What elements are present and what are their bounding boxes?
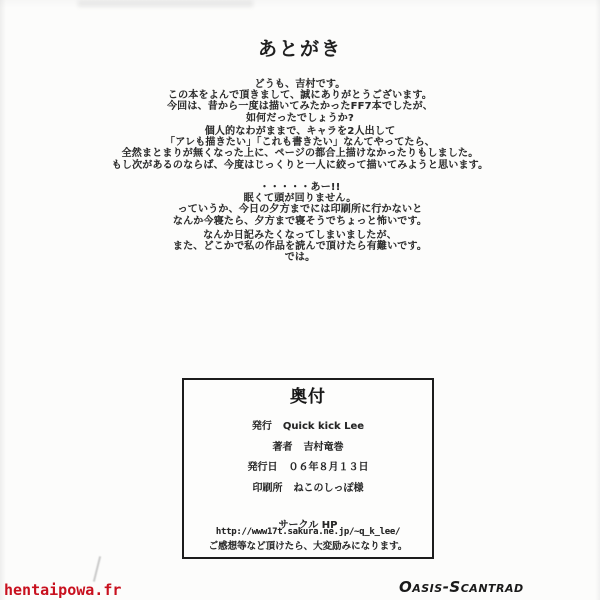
- scan-smudge-artifact: [78, 0, 253, 7]
- circle-homepage-url: http://www17t.sakura.ne.jp/~q_k_lee/: [184, 527, 432, 537]
- text-line: もし次があるのならば、今度はじっくりと一人に絞って描いてみようと思います。: [0, 160, 600, 171]
- text-line: 全然まとまりが無くなった上に、ページの都合上描けなかったりもしました。: [0, 148, 600, 159]
- author-label: 著者: [273, 442, 293, 453]
- scanlation-watermark-hentaipowa: hentaipowa.fr: [4, 581, 121, 599]
- text-line: っていうか、今日の夕方までには印刷所に行かないと: [0, 204, 600, 215]
- afterword-paragraph-1: どうも、吉村です。 この本をよんで頂きまして、誠にありがとうございます。 今回は…: [0, 79, 600, 124]
- scan-scratch-artifact: [93, 556, 101, 582]
- text-line: ・・・・・あー!!: [0, 182, 600, 193]
- text-line: 今回は、昔から一度は描いてみたかったFF7本でしたが、: [0, 101, 600, 112]
- text-line: 眠くて頭が回りません。: [0, 193, 600, 204]
- colophon-row-author: 著者吉村竜巻: [184, 438, 432, 453]
- publisher-value: Quick kick Lee: [283, 421, 364, 432]
- publish-date-label: 発行日: [248, 462, 278, 473]
- afterword-paragraph-3: ・・・・・あー!! 眠くて頭が回りません。 っていうか、今日の夕方までには印刷所…: [0, 182, 600, 227]
- text-line: 個人的なわがままで、キャラを2人出して: [0, 126, 600, 137]
- text-line: 「アレも描きたい」「これも書きたい」なんてやってたら、: [0, 137, 600, 148]
- text-line: なんか日記みたくなってしまいましたが、: [0, 230, 600, 241]
- publisher-label: 発行: [252, 421, 272, 432]
- colophon-box: 奥付 発行Quick kick Lee 著者吉村竜巻 発行日０６年８月１３日 印…: [182, 378, 434, 559]
- text-line: どうも、吉村です。: [0, 79, 600, 90]
- feedback-note: ご感想等など頂けたら、大変励みになります。: [184, 538, 432, 552]
- text-line: また、どこかで私の作品を読んで頂けたら有難いです。: [0, 241, 600, 252]
- afterword-paragraph-4: なんか日記みたくなってしまいましたが、 また、どこかで私の作品を読んで頂けたら有…: [0, 230, 600, 264]
- colophon-row-publisher: 発行Quick kick Lee: [184, 417, 432, 432]
- afterword-title: あとがき: [0, 34, 600, 61]
- text-line: では。: [0, 252, 600, 263]
- printer-label: 印刷所: [253, 483, 283, 494]
- scanned-page-background: あとがき どうも、吉村です。 この本をよんで頂きまして、誠にありがとうございます…: [0, 0, 600, 600]
- text-line: なんか今寝たら、夕方まで寝そうでちょっと怖いです。: [0, 216, 600, 227]
- text-line: この本をよんで頂きまして、誠にありがとうございます。: [0, 90, 600, 101]
- printer-value: ねこのしっぽ様: [294, 483, 364, 494]
- publish-date-value: ０６年８月１３日: [289, 462, 369, 473]
- scanlation-watermark-oasis-scantrad: Oasis-Scantrad: [399, 578, 524, 596]
- colophon-row-printer: 印刷所ねこのしっぽ様: [184, 479, 432, 494]
- author-value: 吉村竜巻: [304, 442, 344, 453]
- afterword-paragraph-2: 個人的なわがままで、キャラを2人出して 「アレも描きたい」「これも書きたい」なん…: [0, 126, 600, 171]
- text-line: 如何だったでしょうか?: [0, 113, 600, 124]
- colophon-title: 奥付: [184, 382, 432, 407]
- colophon-row-publish-date: 発行日０６年８月１３日: [184, 458, 432, 473]
